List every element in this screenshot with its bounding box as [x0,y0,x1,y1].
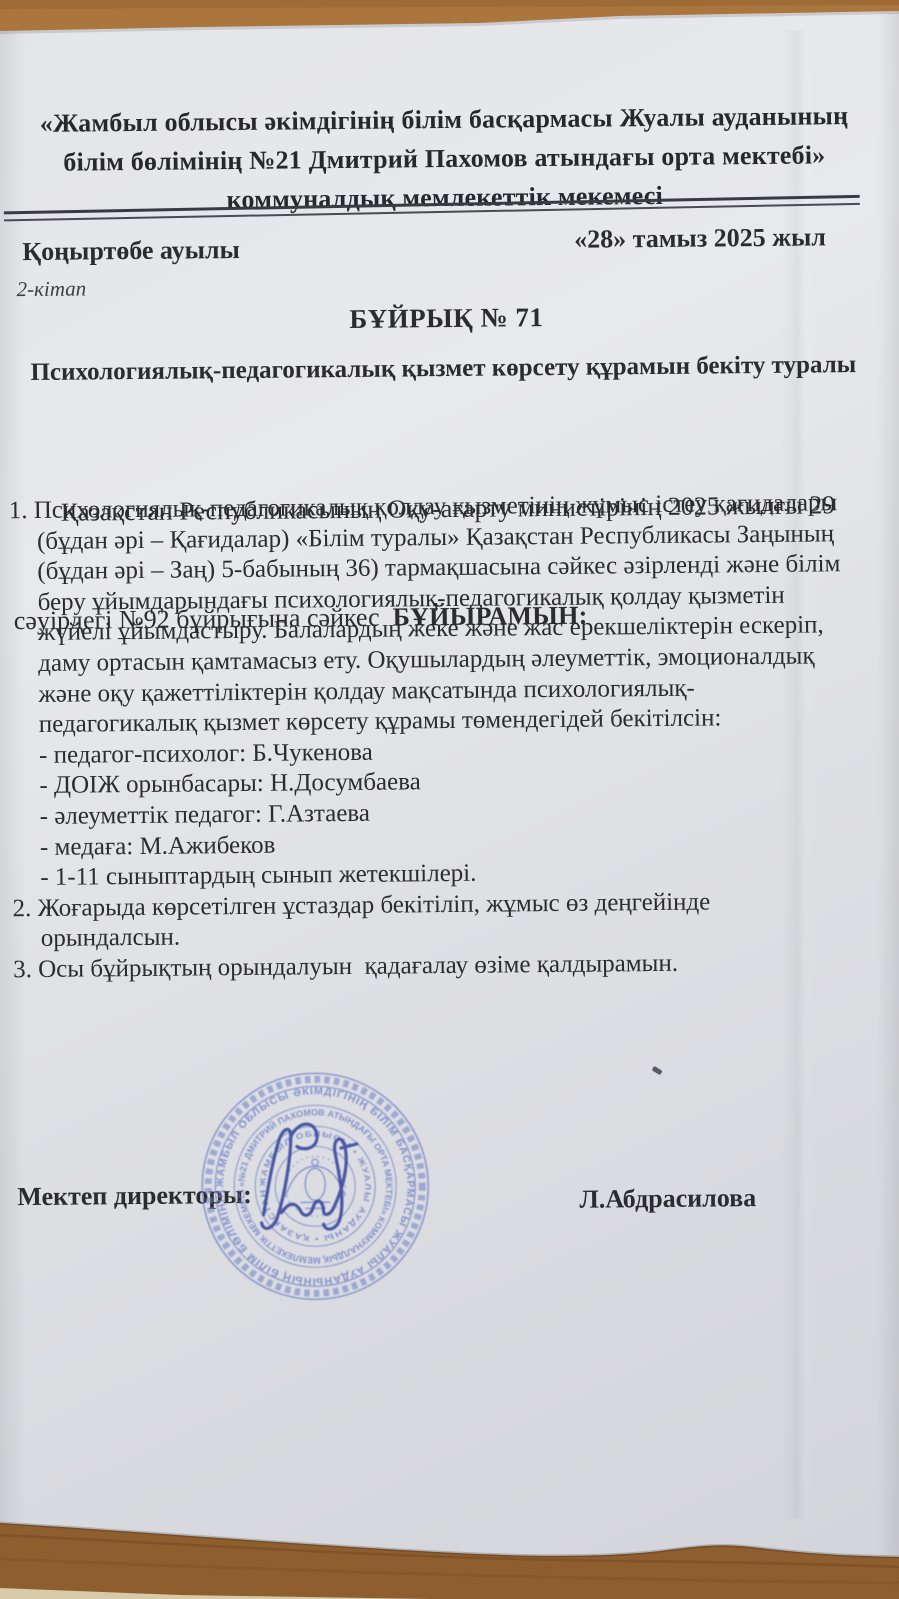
school-stamp: ЖАМБЫЛ ОБЛЫСЫ ӘКІМДІГІНІҢ БІЛІМ БАСҚАРМА… [184,1055,446,1317]
table-edge-bottom [0,1509,899,1599]
stray-ink-mark [652,1066,663,1075]
document-photo: «Жамбыл облысы әкімдігінің білім басқарм… [0,0,899,1599]
organization-name-line2: білім бөлімінің №21 Дмитрий Пахомов атын… [31,135,857,182]
order-subject: Психологиялық-педагогикалық қызмет көрсе… [15,351,871,387]
book-number-label: 2-кітап [17,276,87,302]
school-stamp-seal: ЖАМБЫЛ ОБЛЫСЫ ӘКІМДІГІНІҢ БІЛІМ БАСҚАРМА… [184,1055,446,1317]
order-document: «Жамбыл облысы әкімдігінің білім басқарм… [0,0,899,1599]
director-name: Л.Абдрасилова [579,1183,756,1215]
order-body: 1. Психологиялық-педагогикалық қолдау қы… [9,488,880,986]
table-edge-top [0,0,899,40]
place-label: Қоңыртөбе ауылы [22,235,240,267]
order-number-title: БҰЙРЫҚ № 71 [0,299,896,339]
date-label: «28» тамыз 2025 жыл [574,222,826,254]
